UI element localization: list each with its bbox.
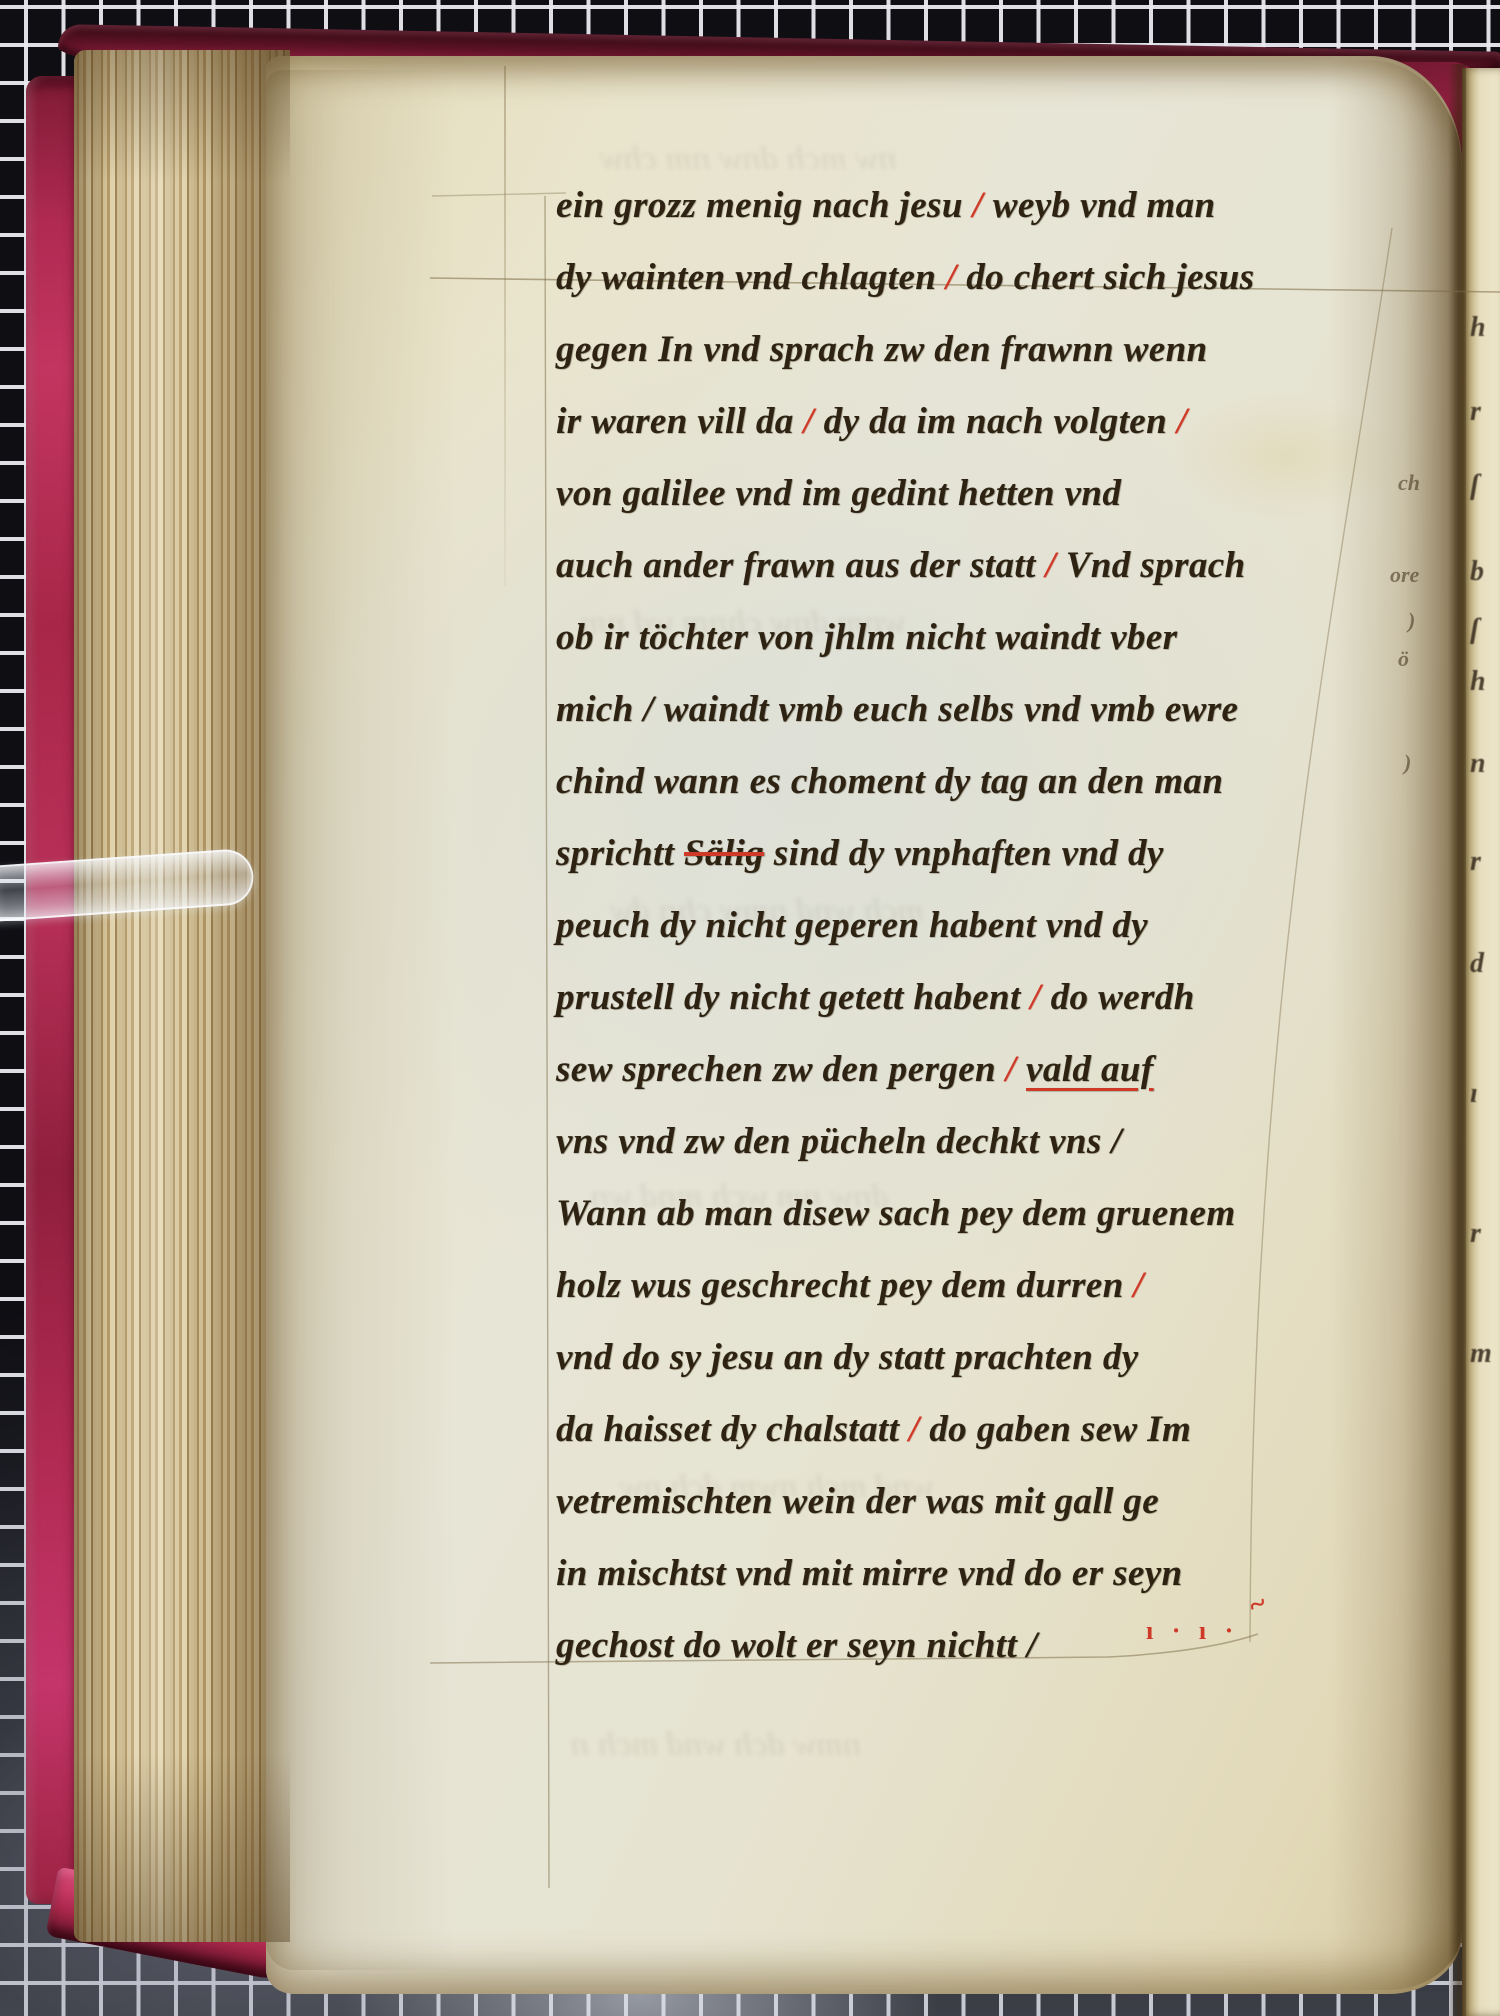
manuscript-line: dy wainten vnd chlagten / do chert sich … — [556, 256, 1254, 299]
margin-ink-mark: ore — [1390, 562, 1419, 588]
manuscript-line: in mischtst vnd mit mirre vnd do er seyn — [556, 1552, 1183, 1595]
manuscript-line: holz wus geschrecht pey dem durren / — [556, 1264, 1144, 1307]
red-pen-trial-marks: ı · ı · — [1146, 1616, 1239, 1646]
facing-page-glyph-fragment: m — [1470, 1338, 1500, 1370]
facing-page-glyph-fragment: r — [1470, 396, 1500, 428]
manuscript-line: vns vnd zw den pücheln dechkt vns / — [556, 1120, 1122, 1163]
manuscript-line: peuch dy nicht geperen habent vnd dy — [556, 904, 1148, 947]
margin-ink-mark: ) — [1404, 750, 1411, 776]
manuscript-line: vetremischten wein der was mit gall ge — [556, 1480, 1159, 1523]
manuscript-line: gegen In vnd sprach zw den frawnn wenn — [556, 328, 1208, 371]
manuscript-line: Wann ab man disew sach pey dem gruenem — [556, 1192, 1236, 1235]
facing-page-glyph-fragment: ſ — [1470, 470, 1500, 502]
manuscript-line: mich / waindt vmb euch selbs vnd vmb ewr… — [556, 688, 1238, 731]
facing-page-glyph-fragment: h — [1470, 312, 1500, 344]
facing-page-glyph-fragment: d — [1470, 948, 1500, 980]
manuscript-line: auch ander frawn aus der statt / Vnd spr… — [556, 544, 1246, 587]
facing-page-glyph-fragment: b — [1470, 556, 1500, 588]
manuscript-line: sew sprechen zw den pergen / vald auf — [556, 1048, 1154, 1091]
margin-ink-mark: ) — [1408, 608, 1415, 634]
manuscript-line: ein grozz menig nach jesu / weyb vnd man — [556, 184, 1215, 227]
margin-ink-mark: ö — [1398, 646, 1409, 672]
manuscript-line: sprichtt Sälig sind dy vnphaften vnd dy — [556, 832, 1164, 875]
fore-edge-page-stack — [74, 50, 290, 1942]
manuscript-line: gechost do wolt er seyn nichtt / — [556, 1624, 1037, 1667]
manuscript-line: ir waren vill da / dy da im nach volgten… — [556, 400, 1187, 443]
facing-page-glyph-fragment: r — [1470, 1218, 1500, 1250]
facing-page-glyph-fragment: ı — [1470, 1078, 1500, 1110]
facing-page-glyph-fragment: n — [1470, 748, 1500, 780]
manuscript-line: prustell dy nicht getett habent / do wer… — [556, 976, 1195, 1019]
facing-page-glyph-fragment: h — [1470, 666, 1500, 698]
manuscript-line: da haisset dy chalstatt / do gaben sew I… — [556, 1408, 1191, 1451]
manuscript-photo: nw mch dnw nm chwwnm dnw chnm wd nmmch w… — [0, 0, 1500, 2016]
facing-page-glyph-fragment: r — [1470, 846, 1500, 878]
margin-ink-mark: ch — [1398, 470, 1420, 496]
manuscript-line: ob ir töchter von jhlm nicht waindt vber — [556, 616, 1177, 659]
manuscript-line: von galilee vnd im gedint hetten vnd — [556, 472, 1121, 515]
facing-page-glyph-fragment: ſ — [1470, 614, 1500, 646]
manuscript-line: vnd do sy jesu an dy statt prachten dy — [556, 1336, 1139, 1379]
manuscript-line: chind wann es choment dy tag an den man — [556, 760, 1223, 803]
